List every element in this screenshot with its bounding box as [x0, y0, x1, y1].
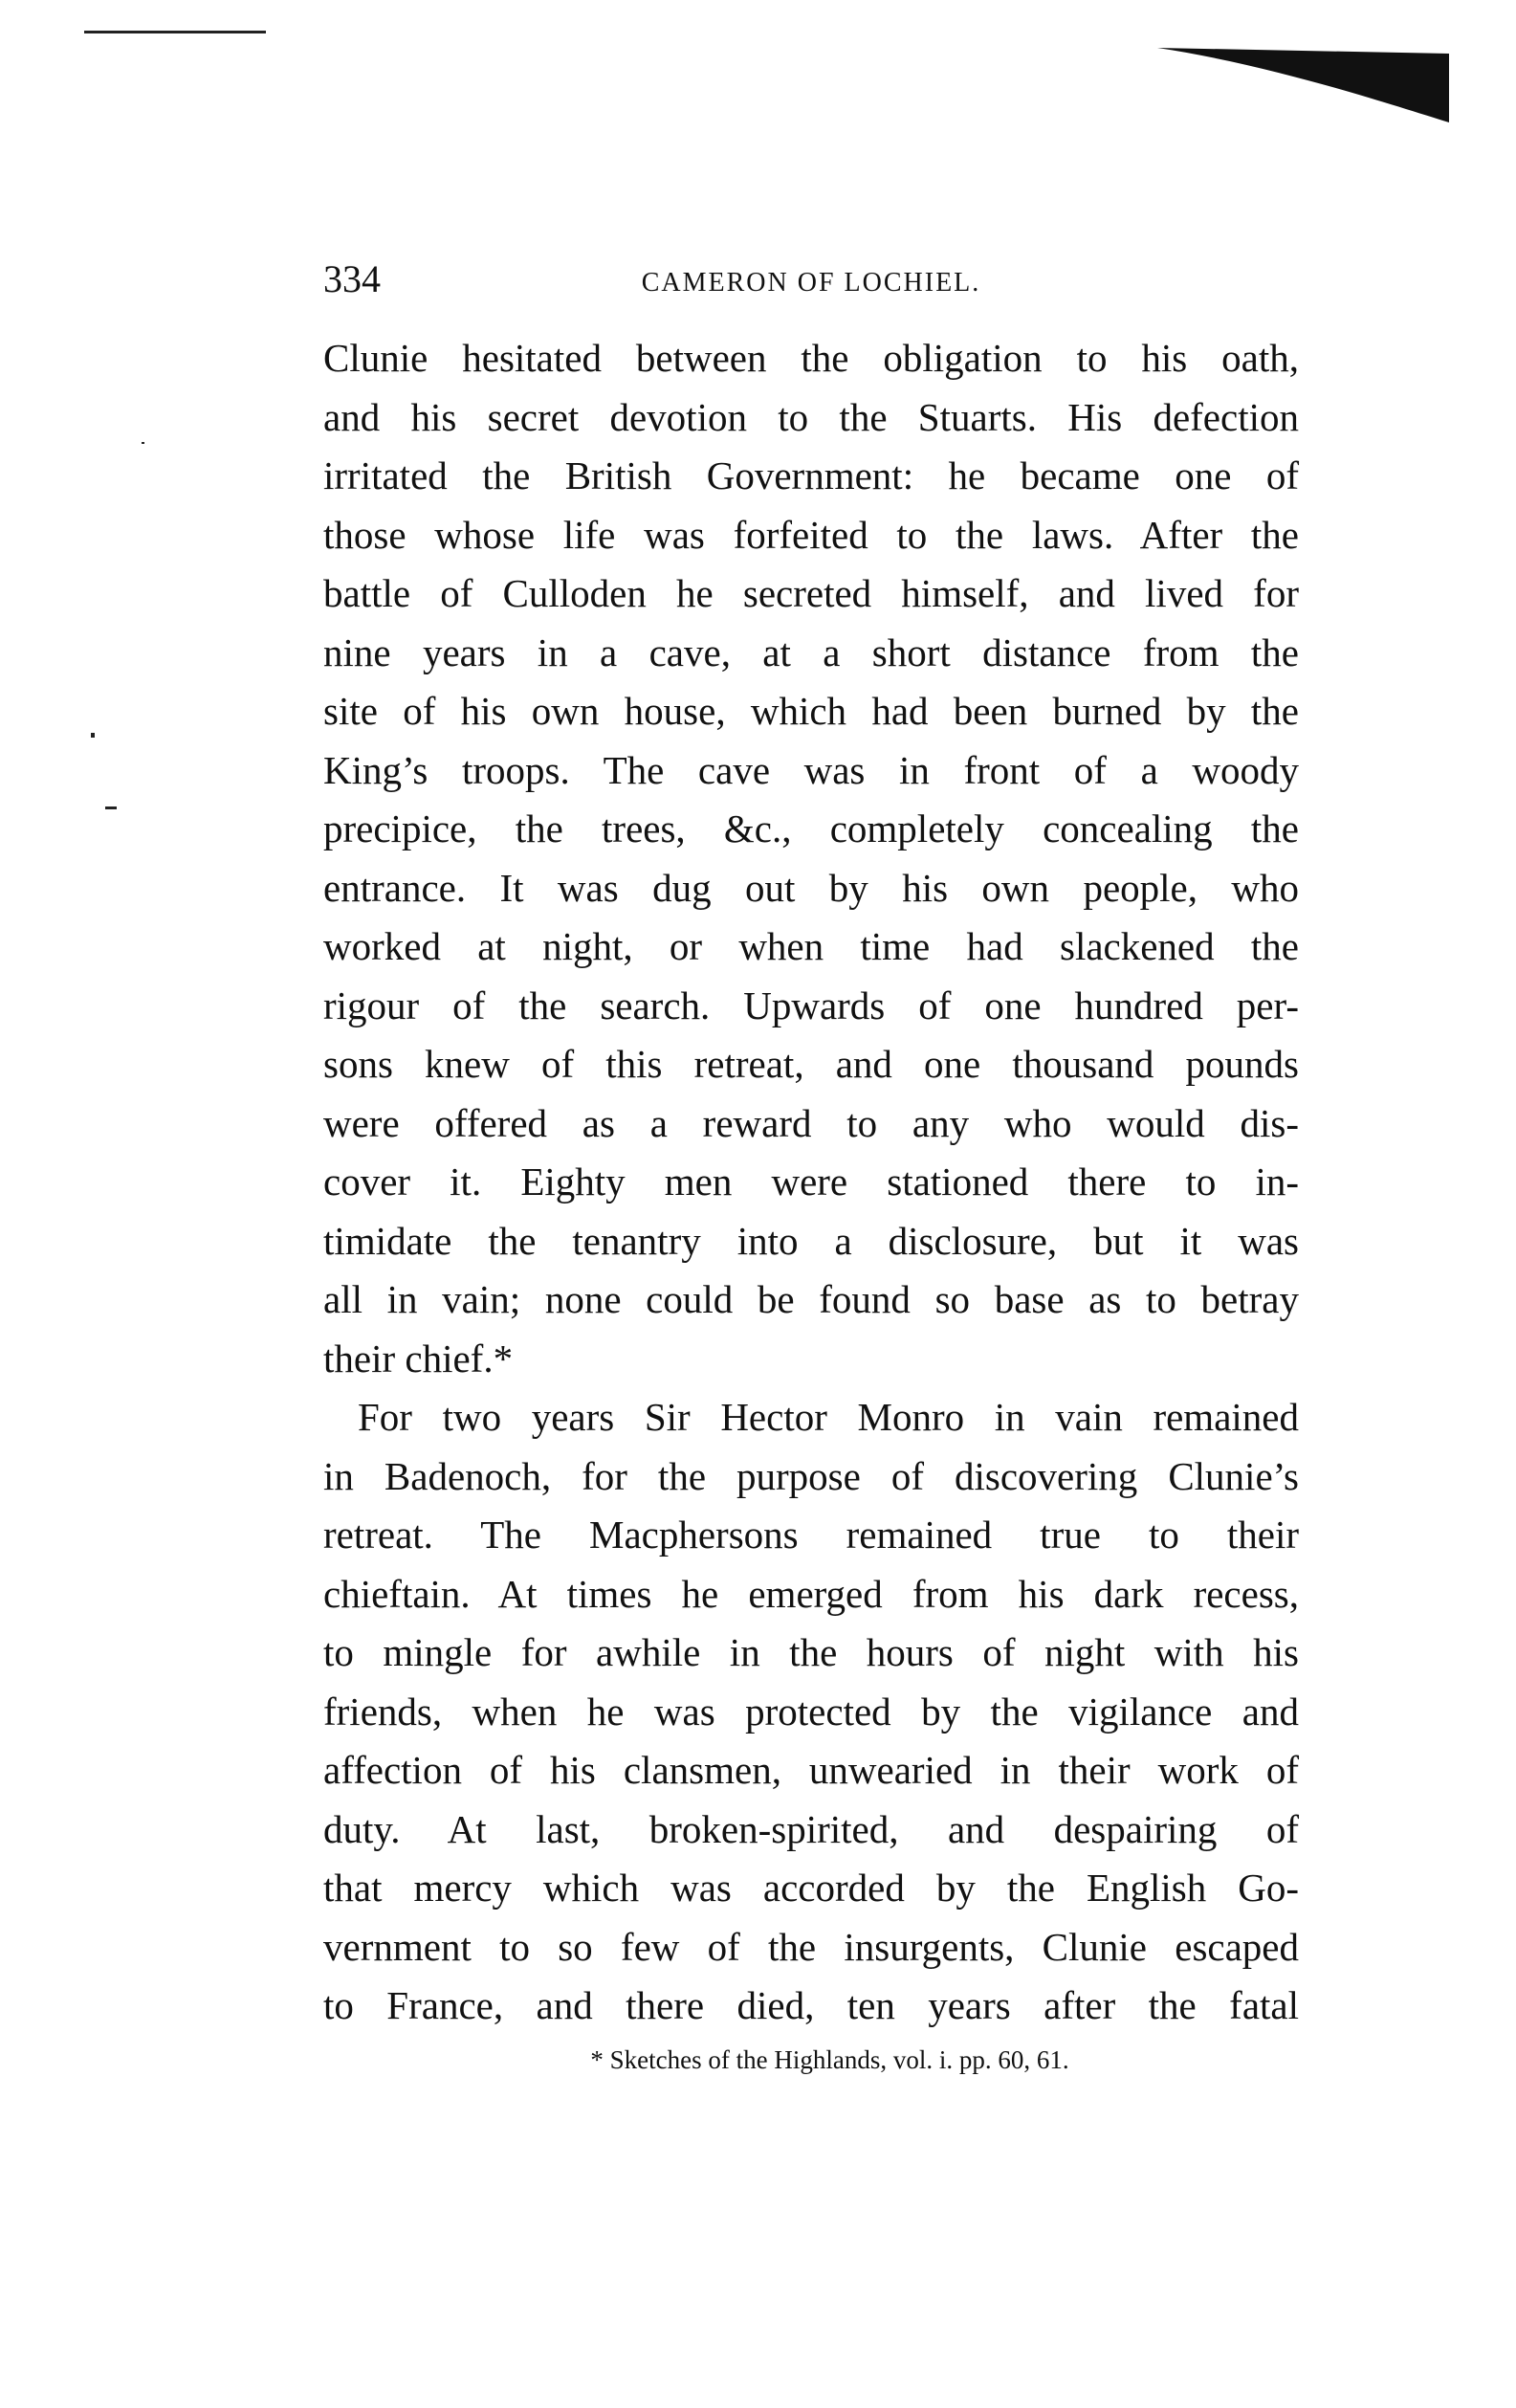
text-line: precipice, the trees, &c., completely co… — [323, 800, 1299, 859]
text-line: affection of his clansmen, unwearied in … — [323, 1741, 1299, 1800]
text-line: cover it. Eighty men were stationed ther… — [323, 1153, 1299, 1212]
text-line: worked at night, or when time had slacke… — [323, 917, 1299, 977]
text-line: in Badenoch, for the purpose of discover… — [323, 1447, 1299, 1507]
text-line: battle of Culloden he secreted himself, … — [323, 564, 1299, 624]
text-line: site of his own house, which had been bu… — [323, 682, 1299, 741]
text-line: to France, and there died, ten years aft… — [323, 1977, 1299, 2036]
text-line: their chief.* — [323, 1330, 1299, 1389]
text-line: duty. At last, broken-spirited, and desp… — [323, 1800, 1299, 1860]
scan-edge-shadow — [1157, 46, 1454, 124]
text-line: chieftain. At times he emerged from his … — [323, 1565, 1299, 1624]
text-line: King’s troops. The cave was in front of … — [323, 741, 1299, 801]
page-header: 334 CAMERON OF LOCHIEL. — [323, 256, 1299, 304]
scan-speck — [142, 442, 144, 444]
body-text: Clunie hesitated between the obligation … — [323, 329, 1299, 2036]
text-line: retreat. The Macphersons remained true t… — [323, 1506, 1299, 1565]
text-line: nine years in a cave, at a short distanc… — [323, 624, 1299, 683]
text-line: vernment to so few of the insurgents, Cl… — [323, 1918, 1299, 1977]
text-line: timidate the tenantry into a disclosure,… — [323, 1212, 1299, 1271]
paragraph-1: Clunie hesitated between the obligation … — [323, 329, 1299, 1388]
text-line: all in vain; none could be found so base… — [323, 1270, 1299, 1330]
text-line: were offered as a reward to any who woul… — [323, 1094, 1299, 1154]
scan-rule-mark — [84, 31, 266, 33]
text-line: that mercy which was accorded by the Eng… — [323, 1859, 1299, 1918]
paragraph-2: For two years Sir Hector Monro in vain r… — [323, 1388, 1299, 2036]
running-title: CAMERON OF LOCHIEL. — [323, 268, 1299, 298]
text-line: Clunie hesitated between the obligation … — [323, 329, 1299, 388]
footnote: * Sketches of the Highlands, vol. i. pp.… — [0, 2045, 1516, 2075]
text-line: entrance. It was dug out by his own peop… — [323, 859, 1299, 918]
text-line: irritated the British Government: he bec… — [323, 447, 1299, 506]
text-line: and his secret devotion to the Stuarts. … — [323, 388, 1299, 448]
text-line: For two years Sir Hector Monro in vain r… — [323, 1388, 1299, 1447]
text-line: friends, when he was protected by the vi… — [323, 1683, 1299, 1742]
text-line: rigour of the search. Upwards of one hun… — [323, 977, 1299, 1036]
text-line: those whose life was forfeited to the la… — [323, 506, 1299, 565]
text-line: to mingle for awhile in the hours of nig… — [323, 1624, 1299, 1683]
scan-speck — [105, 806, 117, 809]
scan-speck — [91, 733, 95, 738]
text-line: sons knew of this retreat, and one thous… — [323, 1035, 1299, 1094]
